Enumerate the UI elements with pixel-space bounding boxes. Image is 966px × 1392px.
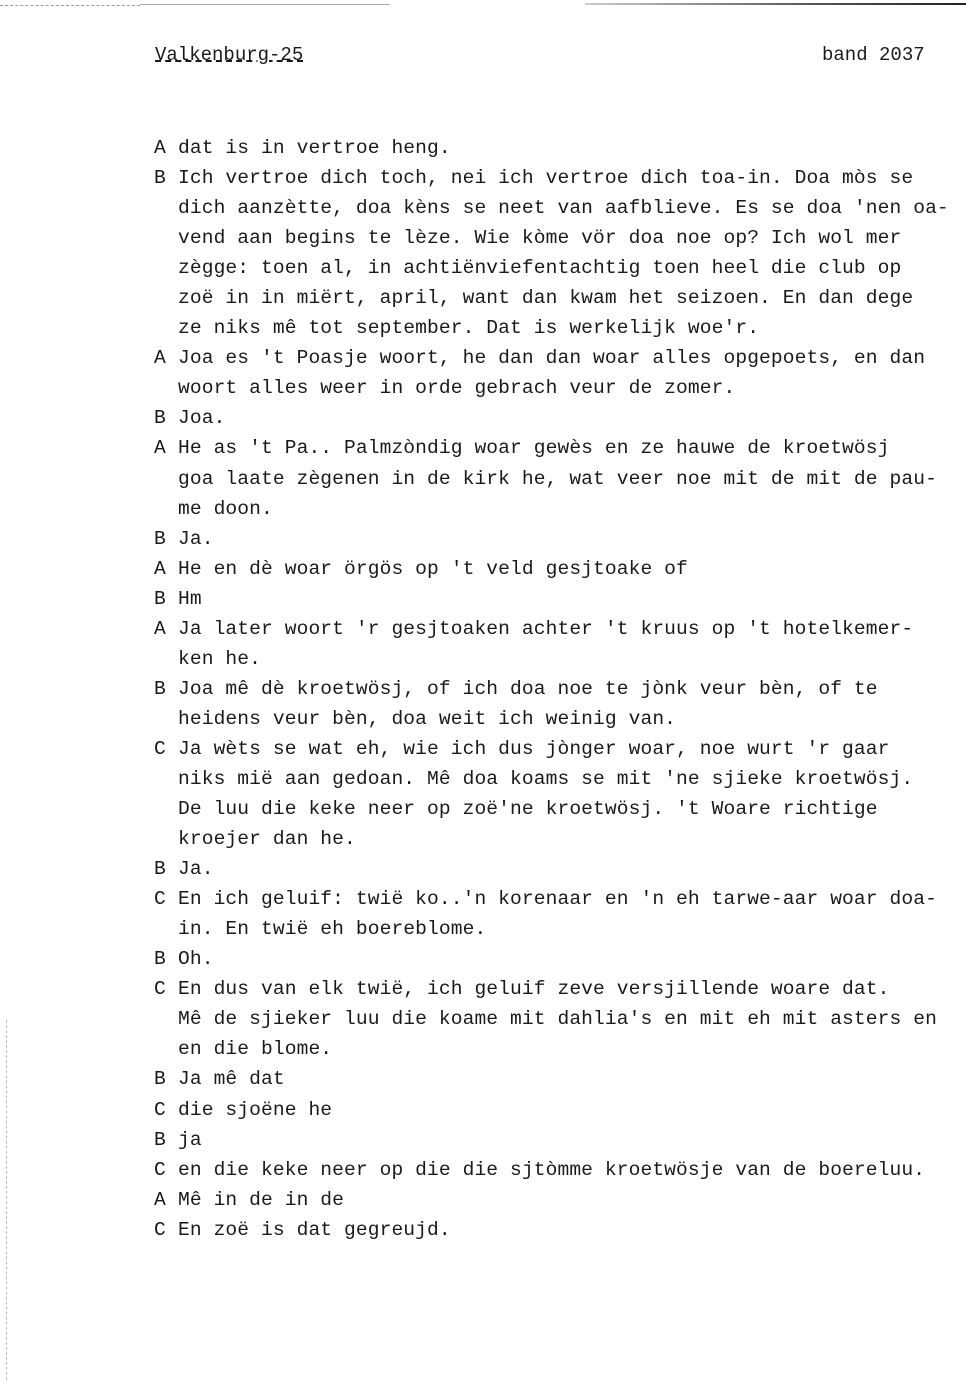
- tape-number: band 2037: [822, 44, 925, 66]
- utterance-text: Ja.: [178, 528, 214, 550]
- transcript-turn: CEn dus van elk twië, ich geluif zeve ve…: [154, 974, 966, 1004]
- speaker-label: B: [154, 1064, 178, 1094]
- scan-edge-mark: [0, 5, 140, 7]
- utterance-text: Ja mê dat: [178, 1068, 285, 1090]
- utterance-text: me doon.: [178, 498, 273, 520]
- transcript-turn: Cdie sjoëne he: [154, 1095, 966, 1125]
- utterance-text: zoë in in miërt, april, want dan kwam he…: [178, 287, 913, 309]
- transcript-continuation: woort alles weer in orde gebrach veur de…: [154, 373, 966, 403]
- utterance-text: goa laate zègenen in de kirk he, wat vee…: [178, 468, 937, 490]
- scan-edge-mark: [140, 4, 390, 5]
- speaker-label: A: [154, 1185, 178, 1215]
- transcript-turn: AJoa es 't Poasje woort, he dan dan woar…: [154, 343, 966, 373]
- transcript-turn: BIch vertroe dich toch, nei ich vertroe …: [154, 163, 966, 193]
- utterance-text: Hm: [178, 588, 202, 610]
- utterance-text: ja: [178, 1129, 202, 1151]
- utterance-text: Ja wèts se wat eh, wie ich dus jònger wo…: [178, 738, 890, 760]
- transcript: Adat is in vertroe heng.BIch vertroe dic…: [154, 133, 966, 1245]
- utterance-text: Joa.: [178, 407, 225, 429]
- transcript-continuation: Mê de sjieker luu die koame mit dahlia's…: [154, 1004, 966, 1034]
- speaker-label: C: [154, 1155, 178, 1185]
- utterance-text: dat is in vertroe heng.: [178, 137, 451, 159]
- utterance-text: He en dè woar örgös op 't veld gesjtoake…: [178, 558, 688, 580]
- utterance-text: Joa mê dè kroetwösj, of ich doa noe te j…: [178, 678, 878, 700]
- transcript-continuation: goa laate zègenen in de kirk he, wat vee…: [154, 464, 966, 494]
- utterance-text: ken he.: [178, 648, 261, 670]
- speaker-label: B: [154, 524, 178, 554]
- utterance-text: en die keke neer op die die sjtòmme kroe…: [178, 1159, 925, 1181]
- page-header: Valkenburg-25 band 2037: [0, 44, 966, 72]
- utterance-text: dich aanzètte, doa kèns se neet van aafb…: [178, 197, 949, 219]
- utterance-text: kroejer dan he.: [178, 828, 356, 850]
- speaker-label: A: [154, 554, 178, 584]
- speaker-label: C: [154, 1215, 178, 1245]
- transcript-continuation: ken he.: [154, 644, 966, 674]
- speaker-label: B: [154, 584, 178, 614]
- speaker-label: C: [154, 734, 178, 764]
- speaker-label: A: [154, 343, 178, 373]
- speaker-label: C: [154, 974, 178, 1004]
- utterance-text: He as 't Pa.. Palmzòndig woar gewès en z…: [178, 437, 890, 459]
- speaker-label: B: [154, 674, 178, 704]
- utterance-text: Ja later woort 'r gesjtoaken achter 't k…: [178, 618, 913, 640]
- utterance-text: En dus van elk twië, ich geluif zeve ver…: [178, 978, 890, 1000]
- transcript-continuation: me doon.: [154, 494, 966, 524]
- transcript-continuation: De luu die keke neer op zoë'ne kroetwösj…: [154, 794, 966, 824]
- transcript-turn: AJa later woort 'r gesjtoaken achter 't …: [154, 614, 966, 644]
- utterance-text: ze niks mê tot september. Dat is werkeli…: [178, 317, 759, 339]
- transcript-turn: BJa.: [154, 524, 966, 554]
- utterance-text: zègge: toen al, in achtiënviefentachtig …: [178, 257, 901, 279]
- transcript-turn: BJoa.: [154, 403, 966, 433]
- transcript-continuation: dich aanzètte, doa kèns se neet van aafb…: [154, 193, 966, 223]
- transcript-turn: CJa wèts se wat eh, wie ich dus jònger w…: [154, 734, 966, 764]
- transcript-turn: AHe as 't Pa.. Palmzòndig woar gewès en …: [154, 433, 966, 463]
- utterance-text: woort alles weer in orde gebrach veur de…: [178, 377, 735, 399]
- speaker-label: C: [154, 1095, 178, 1125]
- transcript-turn: AMê in de in de: [154, 1185, 966, 1215]
- utterance-text: vend aan begins te lèze. Wie kòme vör do…: [178, 227, 901, 249]
- utterance-text: Mê de sjieker luu die koame mit dahlia's…: [178, 1008, 937, 1030]
- utterance-text: Joa es 't Poasje woort, he dan dan woar …: [178, 347, 925, 369]
- speaker-label: B: [154, 1125, 178, 1155]
- utterance-text: Mê in de in de: [178, 1189, 344, 1211]
- utterance-text: in. En twië eh boereblome.: [178, 918, 486, 940]
- scan-edge-mark: [585, 3, 966, 5]
- speaker-label: A: [154, 133, 178, 163]
- transcript-continuation: in. En twië eh boereblome.: [154, 914, 966, 944]
- utterance-text: Ja.: [178, 858, 214, 880]
- utterance-text: niks mië aan gedoan. Mê doa koams se mit…: [178, 768, 913, 790]
- transcript-continuation: zègge: toen al, in achtiënviefentachtig …: [154, 253, 966, 283]
- transcript-continuation: ze niks mê tot september. Dat is werkeli…: [154, 313, 966, 343]
- transcript-turn: Adat is in vertroe heng.: [154, 133, 966, 163]
- transcript-continuation: kroejer dan he.: [154, 824, 966, 854]
- transcript-continuation: niks mië aan gedoan. Mê doa koams se mit…: [154, 764, 966, 794]
- speaker-label: B: [154, 163, 178, 193]
- speaker-label: A: [154, 614, 178, 644]
- transcript-turn: Cen die keke neer op die die sjtòmme kro…: [154, 1155, 966, 1185]
- transcript-continuation: zoë in in miërt, april, want dan kwam he…: [154, 283, 966, 313]
- transcript-continuation: vend aan begins te lèze. Wie kòme vör do…: [154, 223, 966, 253]
- transcript-turn: BJa mê dat: [154, 1064, 966, 1094]
- speaker-label: B: [154, 944, 178, 974]
- speaker-label: C: [154, 884, 178, 914]
- transcript-turn: BOh.: [154, 944, 966, 974]
- transcript-turn: CEn zoë is dat gegreujd.: [154, 1215, 966, 1245]
- utterance-text: heidens veur bèn, doa weit ich weinig va…: [178, 708, 676, 730]
- transcript-continuation: heidens veur bèn, doa weit ich weinig va…: [154, 704, 966, 734]
- utterance-text: De luu die keke neer op zoë'ne kroetwösj…: [178, 798, 878, 820]
- utterance-text: Ich vertroe dich toch, nei ich vertroe d…: [178, 167, 913, 189]
- speaker-label: B: [154, 403, 178, 433]
- document-title: Valkenburg-25: [155, 44, 303, 66]
- transcript-turn: AHe en dè woar örgös op 't veld gesjtoak…: [154, 554, 966, 584]
- transcript-turn: BJa.: [154, 854, 966, 884]
- transcript-turn: BHm: [154, 584, 966, 614]
- transcript-turn: Bja: [154, 1125, 966, 1155]
- speaker-label: B: [154, 854, 178, 884]
- transcript-continuation: en die blome.: [154, 1034, 966, 1064]
- scan-margin-mark: [6, 1020, 9, 1380]
- transcript-turn: BJoa mê dè kroetwösj, of ich doa noe te …: [154, 674, 966, 704]
- utterance-text: die sjoëne he: [178, 1099, 332, 1121]
- utterance-text: Oh.: [178, 948, 214, 970]
- speaker-label: A: [154, 433, 178, 463]
- utterance-text: en die blome.: [178, 1038, 332, 1060]
- utterance-text: En zoë is dat gegreujd.: [178, 1219, 451, 1241]
- transcript-turn: CEn ich geluif: twië ko..'n korenaar en …: [154, 884, 966, 914]
- utterance-text: En ich geluif: twië ko..'n korenaar en '…: [178, 888, 937, 910]
